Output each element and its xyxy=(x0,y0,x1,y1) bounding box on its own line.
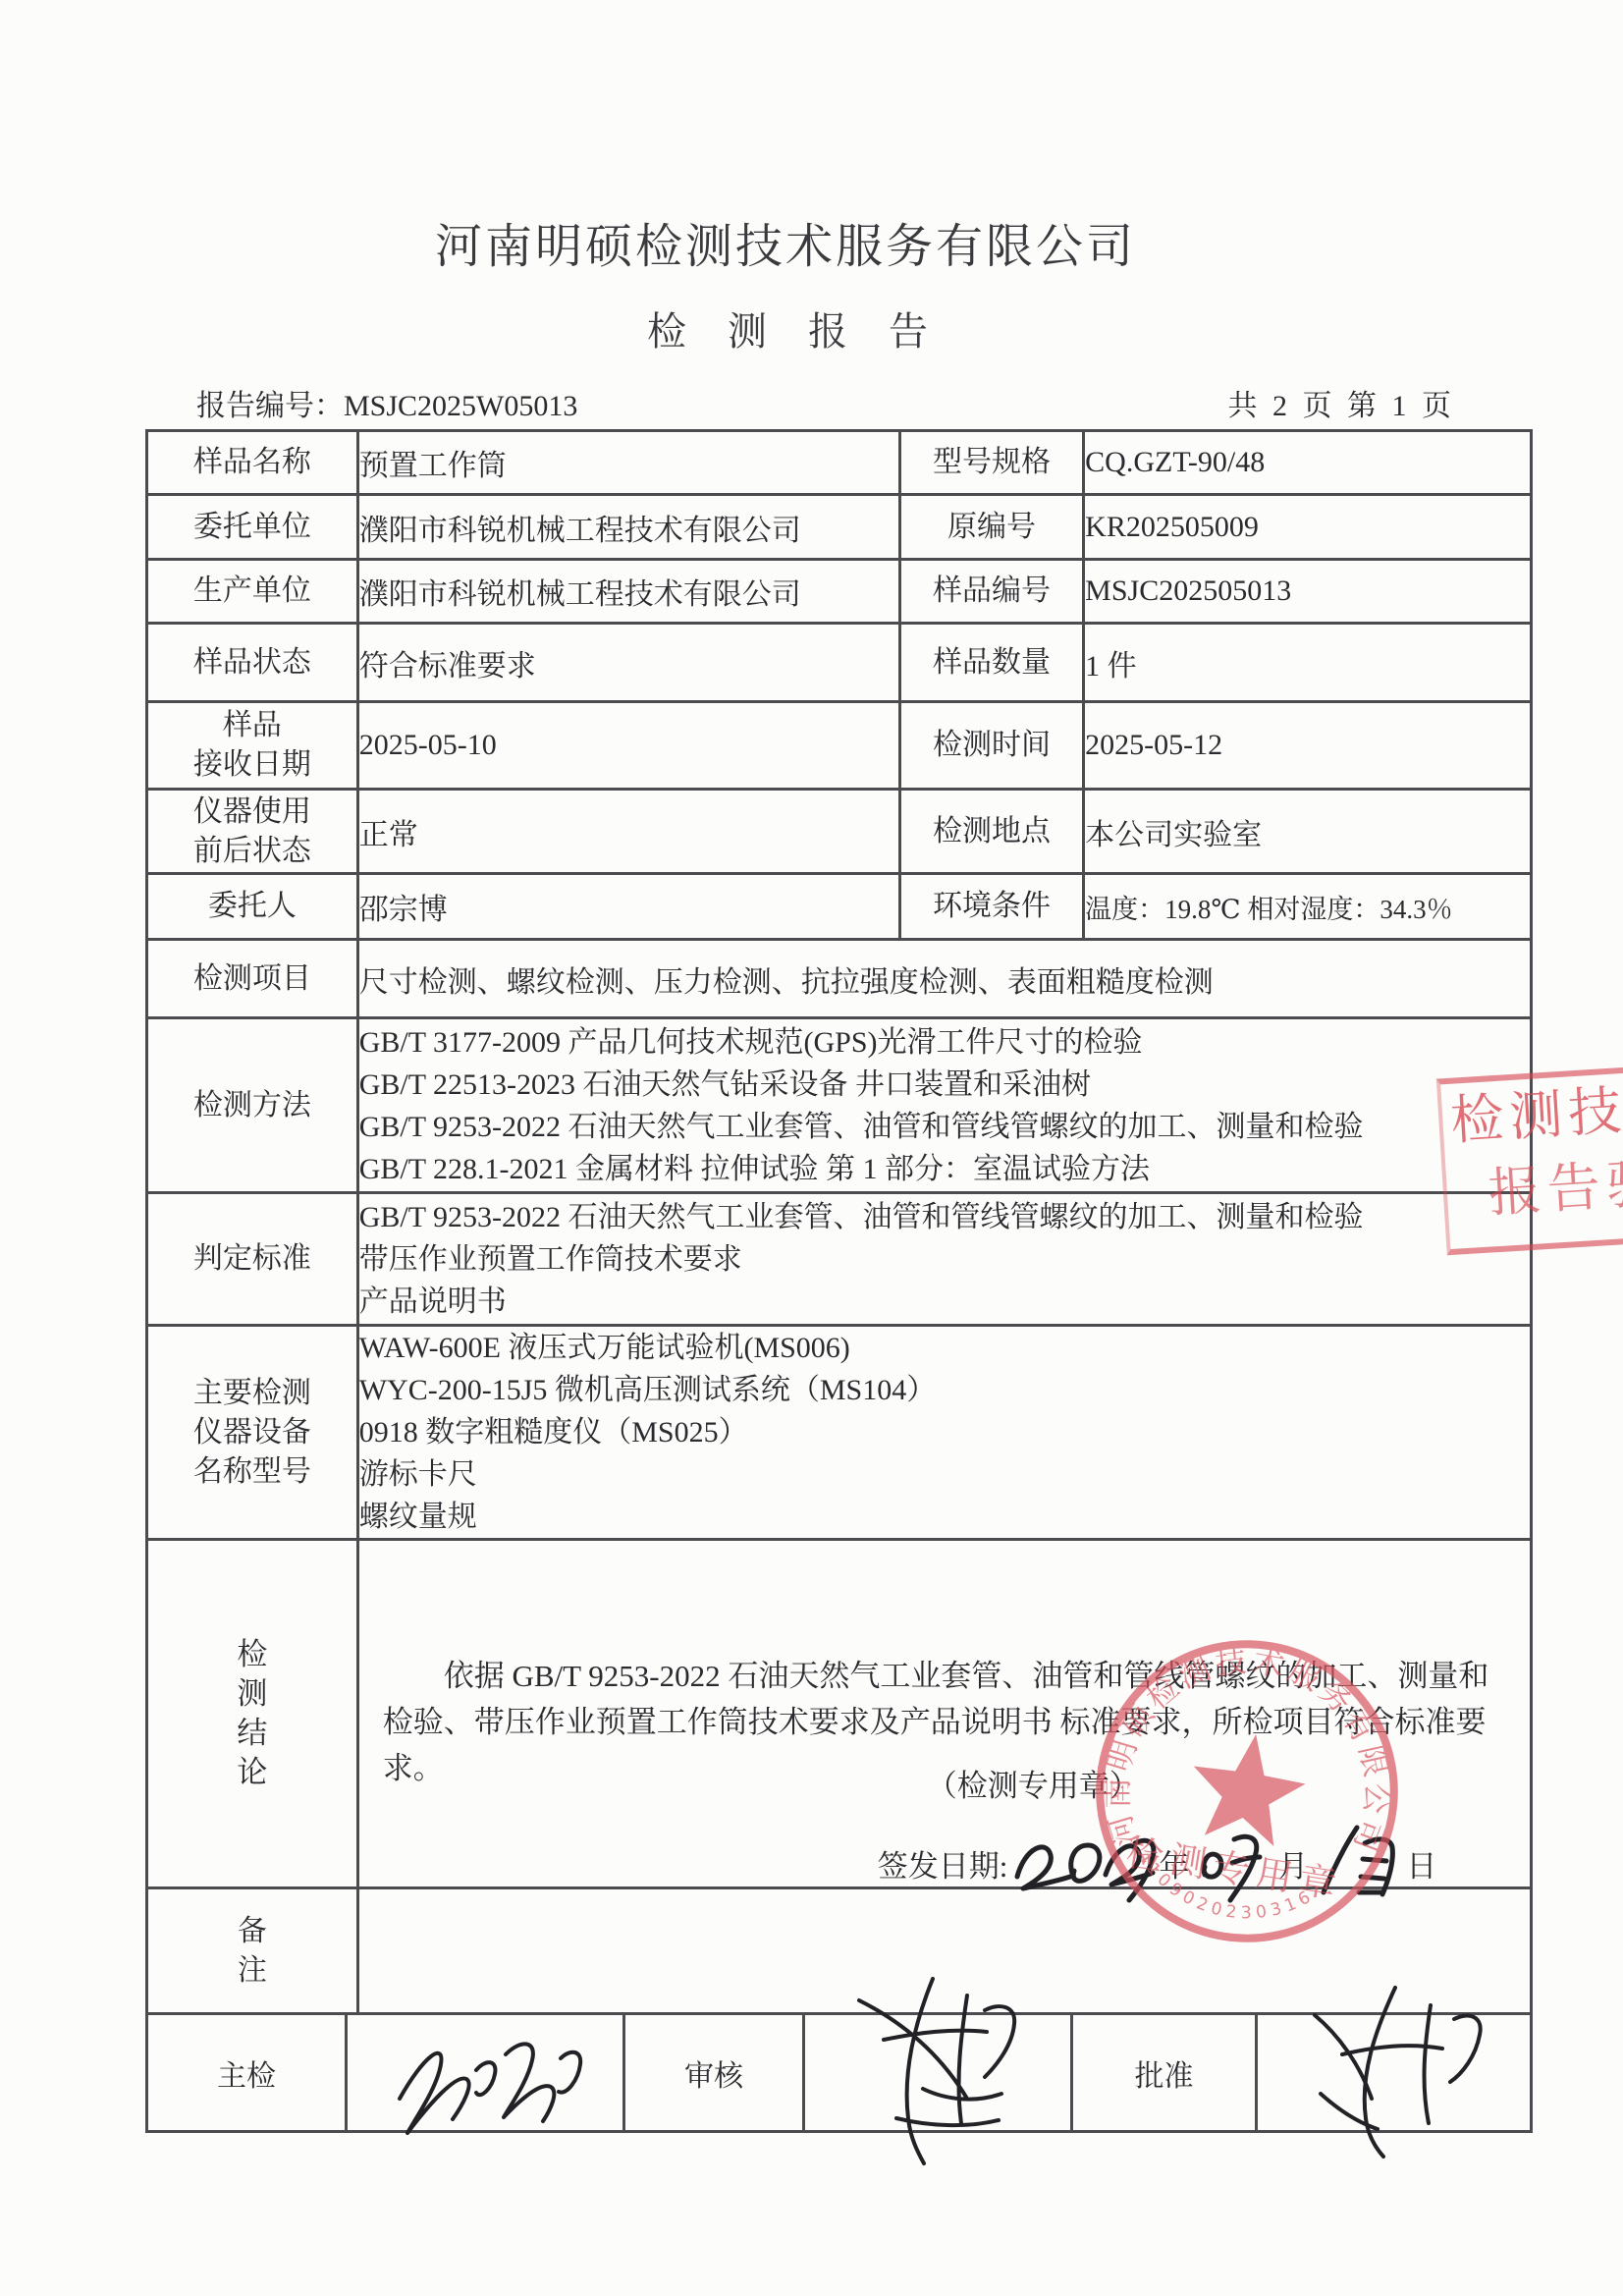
receive-date-value: 2025-05-10 xyxy=(357,702,899,790)
table-row: 样品名称 预置工作筒 型号规格 CQ.GZT-90/48 xyxy=(147,431,1532,495)
sign-date-label: 签发日期: xyxy=(878,1841,1008,1886)
seal-note: （检测专用章） xyxy=(927,1761,1140,1805)
table-row: 生产单位 濮阳市科锐机械工程技术有限公司 样品编号 MSJC202505013 xyxy=(147,560,1532,624)
report-table: 样品名称 预置工作筒 型号规格 CQ.GZT-90/48 委托单位 濮阳市科锐机… xyxy=(145,429,1533,2133)
sample-name-value: 预置工作筒 xyxy=(357,431,899,495)
table-row: 检测方法 GB/T 3177-2009 产品几何技术规范(GPS)光滑工件尺寸的… xyxy=(147,1018,1532,1193)
inspector-label: 主检 xyxy=(148,2015,348,2130)
report-number-value: MSJC2025W05013 xyxy=(344,390,577,422)
report-number-label: 报告编号： xyxy=(196,390,344,422)
instruments-value: WAW-600E 液压式万能试验机(MS006) WYC-200-15J5 微机… xyxy=(357,1326,1531,1540)
report-number: 报告编号：MSJC2025W05013 xyxy=(196,381,577,424)
handwritten-day xyxy=(1310,1818,1404,1908)
environment-label: 环境条件 xyxy=(899,874,1083,940)
instrument-line: WYC-200-15J5 微机高压测试系统（MS104） xyxy=(359,1369,1530,1411)
sample-no-label: 样品编号 xyxy=(899,560,1083,624)
conclusion-cell: 依据 GB/T 9253-2022 石油天然气工业套管、油管和管线管螺纹的加工、… xyxy=(357,1540,1531,1888)
instruments-label: 主要检测 仪器设备 名称型号 xyxy=(147,1326,358,1540)
table-row: 样品状态 符合标准要求 样品数量 1 件 xyxy=(147,624,1532,702)
report-page: 河南明硕检测技术服务有限公司 检 测 报 告 报告编号：MSJC2025W050… xyxy=(0,0,1623,2296)
orig-no-label: 原编号 xyxy=(899,495,1083,560)
criteria-line: 产品说明书 xyxy=(359,1281,1530,1323)
reviewer-signature xyxy=(805,2015,1073,2130)
sample-qty-value: 1 件 xyxy=(1084,624,1532,702)
method-line: GB/T 228.1-2021 金属材料 拉伸试验 第 1 部分：室温试验方法 xyxy=(359,1148,1530,1190)
orig-no-value: KR202505009 xyxy=(1084,495,1532,560)
sign-date-line: 签发日期: 年 月 日 xyxy=(878,1818,1437,1908)
criteria-value: GB/T 9253-2022 石油天然气工业套管、油管和管线管螺纹的加工、测量和… xyxy=(357,1193,1531,1326)
approver-label: 批准 xyxy=(1073,2015,1258,2130)
instrument-state-label: 仪器使用 前后状态 xyxy=(147,790,358,874)
reviewer-label: 审核 xyxy=(625,2015,805,2130)
table-row: 样品 接收日期 2025-05-10 检测时间 2025-05-12 xyxy=(147,702,1532,790)
page-counter: 共 2 页 第 1 页 xyxy=(1228,381,1456,424)
test-items-value: 尺寸检测、螺纹检测、压力检测、抗拉强度检测、表面粗糙度检测 xyxy=(357,940,1531,1018)
method-line: GB/T 9253-2022 石油天然气工业套管、油管和管线管螺纹的加工、测量和… xyxy=(359,1106,1530,1148)
environment-value: 温度：19.8℃ 相对湿度：34.3％ xyxy=(1084,874,1532,940)
inspector-signature xyxy=(348,2015,625,2130)
sample-qty-label: 样品数量 xyxy=(899,624,1083,702)
consignor-value: 邵宗博 xyxy=(357,874,899,940)
document-title: 检 测 报 告 xyxy=(0,301,1591,356)
sample-state-value: 符合标准要求 xyxy=(357,624,899,702)
handwritten-year xyxy=(1009,1818,1157,1908)
sample-state-label: 样品状态 xyxy=(147,624,358,702)
test-date-value: 2025-05-12 xyxy=(1084,702,1532,790)
signoff-row: 主检 审核 批准 xyxy=(147,2014,1532,2132)
instrument-line: 螺纹量规 xyxy=(359,1496,1530,1538)
test-place-value: 本公司实验室 xyxy=(1084,790,1532,874)
criteria-line: 带压作业预置工作筒技术要求 xyxy=(359,1238,1530,1281)
criteria-line: GB/T 9253-2022 石油天然气工业套管、油管和管线管螺纹的加工、测量和… xyxy=(359,1196,1530,1238)
handwritten-month xyxy=(1191,1818,1275,1908)
instrument-line: 游标卡尺 xyxy=(359,1453,1530,1496)
test-place-label: 检测地点 xyxy=(899,790,1083,874)
test-items-label: 检测项目 xyxy=(147,940,358,1018)
test-methods-label: 检测方法 xyxy=(147,1018,358,1193)
instrument-state-value: 正常 xyxy=(357,790,899,874)
method-line: GB/T 22513-2023 石油天然气钻采设备 井口装置和采油树 xyxy=(359,1064,1530,1106)
sample-no-value: MSJC202505013 xyxy=(1084,560,1532,624)
day-unit: 日 xyxy=(1406,1841,1436,1886)
table-row: 仪器使用 前后状态 正常 检测地点 本公司实验室 xyxy=(147,790,1532,874)
receive-date-label: 样品 接收日期 xyxy=(147,702,358,790)
criteria-label: 判定标准 xyxy=(147,1193,358,1326)
year-unit: 年 xyxy=(1159,1841,1189,1886)
table-row: 检测项目 尺寸检测、螺纹检测、压力检测、抗拉强度检测、表面粗糙度检测 xyxy=(147,940,1532,1018)
test-date-label: 检测时间 xyxy=(899,702,1083,790)
conclusion-label: 检 测 结 论 xyxy=(147,1540,358,1888)
consignor-label: 委托人 xyxy=(147,874,358,940)
client-label: 委托单位 xyxy=(147,495,358,560)
instrument-line: 0918 数字粗糙度仪（MS025） xyxy=(359,1411,1530,1453)
report-meta-line: 报告编号：MSJC2025W05013 共 2 页 第 1 页 xyxy=(145,381,1512,424)
table-row: 委托单位 濮阳市科锐机械工程技术有限公司 原编号 KR202505009 xyxy=(147,495,1532,560)
approver-signature xyxy=(1258,2015,1530,2130)
table-row: 主要检测 仪器设备 名称型号 WAW-600E 液压式万能试验机(MS006) … xyxy=(147,1326,1532,1540)
model-label: 型号规格 xyxy=(899,431,1083,495)
table-row: 判定标准 GB/T 9253-2022 石油天然气工业套管、油管和管线管螺纹的加… xyxy=(147,1193,1532,1326)
sample-name-label: 样品名称 xyxy=(147,431,358,495)
remark-label: 备 注 xyxy=(147,1888,358,2014)
table-row: 委托人 邵宗博 环境条件 温度：19.8℃ 相对湿度：34.3％ xyxy=(147,874,1532,940)
instrument-line: WAW-600E 液压式万能试验机(MS006) xyxy=(359,1327,1530,1369)
client-value: 濮阳市科锐机械工程技术有限公司 xyxy=(357,495,899,560)
model-value: CQ.GZT-90/48 xyxy=(1084,431,1532,495)
manufacturer-label: 生产单位 xyxy=(147,560,358,624)
table-row: 检 测 结 论 依据 GB/T 9253-2022 石油天然气工业套管、油管和管… xyxy=(147,1540,1532,1888)
manufacturer-value: 濮阳市科锐机械工程技术有限公司 xyxy=(357,560,899,624)
signoff-grid: 主检 审核 批准 xyxy=(148,2015,1530,2130)
method-line: GB/T 3177-2009 产品几何技术规范(GPS)光滑工件尺寸的检验 xyxy=(359,1021,1530,1064)
company-name: 河南明硕检测技术服务有限公司 xyxy=(0,208,1571,276)
test-methods-value: GB/T 3177-2009 产品几何技术规范(GPS)光滑工件尺寸的检验 GB… xyxy=(357,1018,1531,1193)
month-unit: 月 xyxy=(1277,1841,1308,1886)
